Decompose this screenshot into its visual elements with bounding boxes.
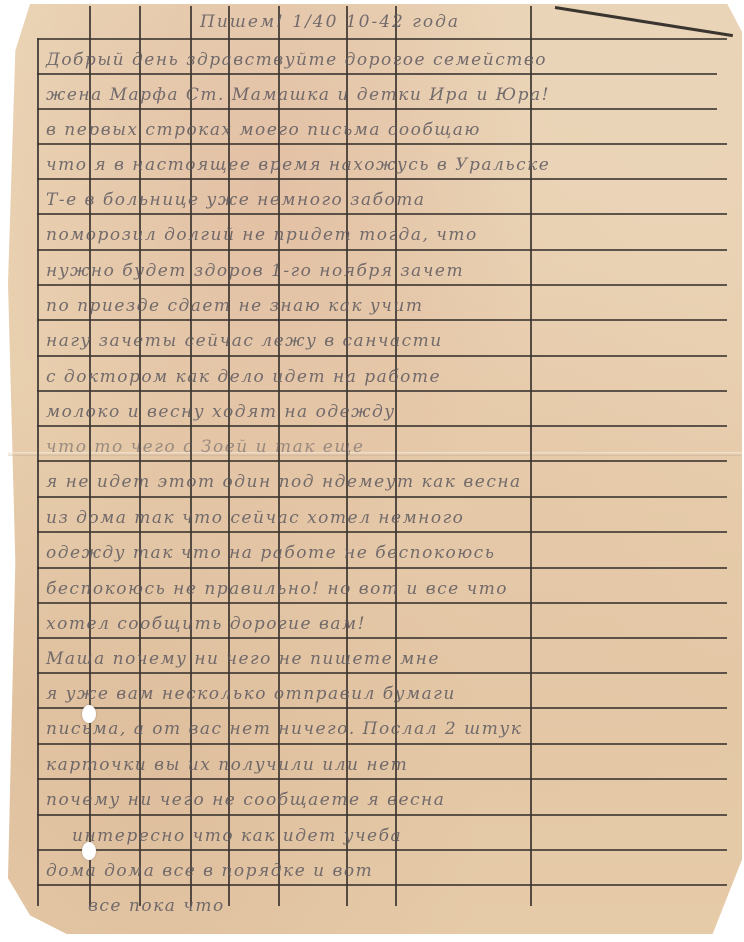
grid-hline bbox=[37, 778, 727, 780]
grid-vline bbox=[37, 38, 39, 906]
grid-hline bbox=[37, 249, 727, 251]
letter-header-date: Пишем! 1/40 10-42 года bbox=[200, 12, 460, 32]
grid-hline bbox=[37, 390, 727, 392]
grid-hline bbox=[37, 38, 727, 40]
grid-hline bbox=[37, 355, 727, 357]
letter-line: хотел сообщить дорогие вам! bbox=[46, 614, 366, 634]
grid-hline bbox=[37, 73, 717, 75]
grid-hline bbox=[37, 531, 727, 533]
grid-hline bbox=[37, 567, 727, 569]
letter-line: Т-е в больнице уже немного забота bbox=[46, 190, 425, 210]
letter-line: жена Марфа Ст. Мамашка и детки Ира и Юра… bbox=[46, 85, 550, 105]
grid-hline bbox=[37, 496, 727, 498]
letter-line: одежду так что на работе не беспокоюсь bbox=[46, 543, 495, 563]
grid-hline bbox=[37, 884, 727, 886]
letter-line: из дома так что сейчас хотел немного bbox=[46, 508, 464, 528]
letter-line: Маша почему ни чего не пишете мне bbox=[46, 649, 440, 669]
grid-hline bbox=[37, 108, 717, 110]
letter-line: карточки вы их получили или нет bbox=[46, 755, 408, 775]
letter-line: нагу зачеты сейчас лежу в санчасти bbox=[46, 331, 443, 351]
grid-hline bbox=[37, 814, 727, 816]
letter-line: интересно что как идет учеба bbox=[72, 826, 402, 846]
grid-hline bbox=[37, 213, 727, 215]
letter-line: что я в настоящее время нахожусь в Ураль… bbox=[46, 155, 550, 175]
grid-hline bbox=[37, 849, 727, 851]
letter-line: что то чего с Зоей и так еще bbox=[46, 437, 364, 457]
letter-line: поморозил долгий не придет тогда, что bbox=[46, 225, 478, 245]
punch-hole bbox=[82, 705, 96, 723]
letter-line: в первых строках моего письма сообщаю bbox=[46, 120, 481, 140]
letter-line: нужно будет здоров 1-го ноября зачет bbox=[46, 261, 464, 281]
letter-line: беспокоюсь не правильно! но вот и все чт… bbox=[46, 579, 508, 599]
letter-line: дома дома все в порядке и вот bbox=[46, 861, 373, 881]
grid-hline bbox=[37, 602, 727, 604]
letter-line: по приезде сдает не знаю как учит bbox=[46, 296, 423, 316]
grid-hline bbox=[37, 425, 727, 427]
letter-line: с доктором как дело идет на работе bbox=[46, 367, 441, 387]
letter-line: молоко и весну ходят на одежду bbox=[46, 402, 396, 422]
punch-hole bbox=[82, 842, 96, 860]
letter-line: все пока что bbox=[88, 896, 225, 916]
letter-line: почему ни чего не сообщаете я весна bbox=[46, 790, 445, 810]
letter-line: я не идет этот один под ндемеут как весн… bbox=[46, 472, 522, 492]
grid-hline bbox=[37, 672, 727, 674]
grid-hline bbox=[37, 637, 727, 639]
grid-hline bbox=[37, 743, 727, 745]
letter-line: я уже вам несколько отправил бумаги bbox=[46, 684, 456, 704]
letter-line: Добрый день здравствуйте дорогое семейст… bbox=[46, 50, 547, 70]
grid-hline bbox=[37, 707, 727, 709]
grid-hline bbox=[37, 319, 727, 321]
grid-hline bbox=[37, 284, 727, 286]
grid-hline bbox=[37, 178, 727, 180]
grid-hline bbox=[37, 460, 727, 462]
grid-hline bbox=[37, 143, 727, 145]
letter-line: письма, а от вас нет ничего. Послал 2 шт… bbox=[46, 719, 522, 739]
grid-vline bbox=[530, 6, 532, 906]
